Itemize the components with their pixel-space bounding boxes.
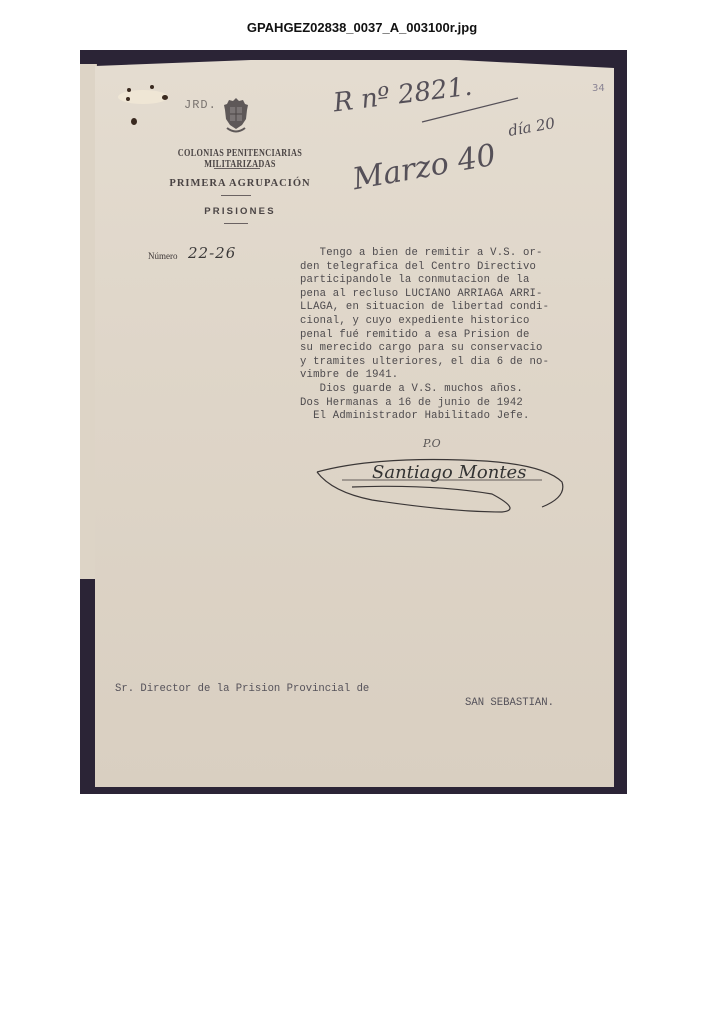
- body-line: penal fué remitido a esa Prision de: [300, 329, 530, 341]
- paper-left-fold: [80, 64, 97, 579]
- body-line: cional, y cuyo expediente historico: [300, 315, 530, 327]
- body-line: pena al recluso LUCIANO ARRIAGA ARRI-: [300, 288, 543, 300]
- body-line: participandole la conmutacion de la: [300, 274, 530, 286]
- punch-hole: [127, 88, 131, 92]
- letter-body: Tengo a bien de remitir a V.S. or- den t…: [300, 247, 620, 424]
- svg-text:Santiago Montes: Santiago Montes: [372, 462, 526, 483]
- body-line: Dios guarde a V.S. muchos años.: [300, 383, 523, 395]
- letterhead-institution: COLONIAS PENITENCIARIAS MILITARIZADAS: [158, 148, 322, 170]
- letterhead-group: PRIMERA AGRUPACIÓN: [140, 178, 340, 189]
- letterhead-section: PRISIONES: [140, 206, 340, 217]
- numero-label: Número: [148, 251, 178, 261]
- registry-underline: [420, 95, 520, 125]
- numero-value: 22-26: [188, 244, 236, 262]
- body-line: su merecido cargo para su conservacio: [300, 342, 543, 354]
- body-line: den telegrafica del Centro Directivo: [300, 261, 536, 273]
- signature-po: P.O: [423, 437, 441, 450]
- body-line: Tengo a bien de remitir a V.S. or-: [300, 247, 543, 259]
- punch-hole: [126, 97, 130, 101]
- body-line: LLAGA, en situacion de libertad condi-: [300, 301, 549, 313]
- signature-flourish: Santiago Montes: [312, 452, 572, 532]
- addressee-line: Sr. Director de la Prision Provincial de: [115, 683, 369, 695]
- punch-hole: [162, 95, 168, 100]
- body-line: vimbre de 1941.: [300, 369, 398, 381]
- file-title: GPAHGEZ02838_0037_A_003100r.jpg: [0, 20, 724, 35]
- body-line: El Administrador Habilitado Jefe.: [300, 410, 530, 422]
- addressee-city: SAN SEBASTIAN.: [465, 697, 554, 709]
- punch-hole: [150, 85, 154, 89]
- stamp-initials: JRD.: [184, 98, 217, 112]
- page-number: 34: [592, 83, 605, 94]
- body-line: Dos Hermanas a 16 de junio de 1942: [300, 397, 523, 409]
- punch-hole: [131, 118, 137, 125]
- coat-of-arms-icon: [222, 97, 250, 135]
- divider: [214, 168, 260, 169]
- body-line: y tramites ulteriores, el dia 6 de no-: [300, 356, 549, 368]
- divider: [224, 223, 248, 224]
- divider: [221, 195, 251, 196]
